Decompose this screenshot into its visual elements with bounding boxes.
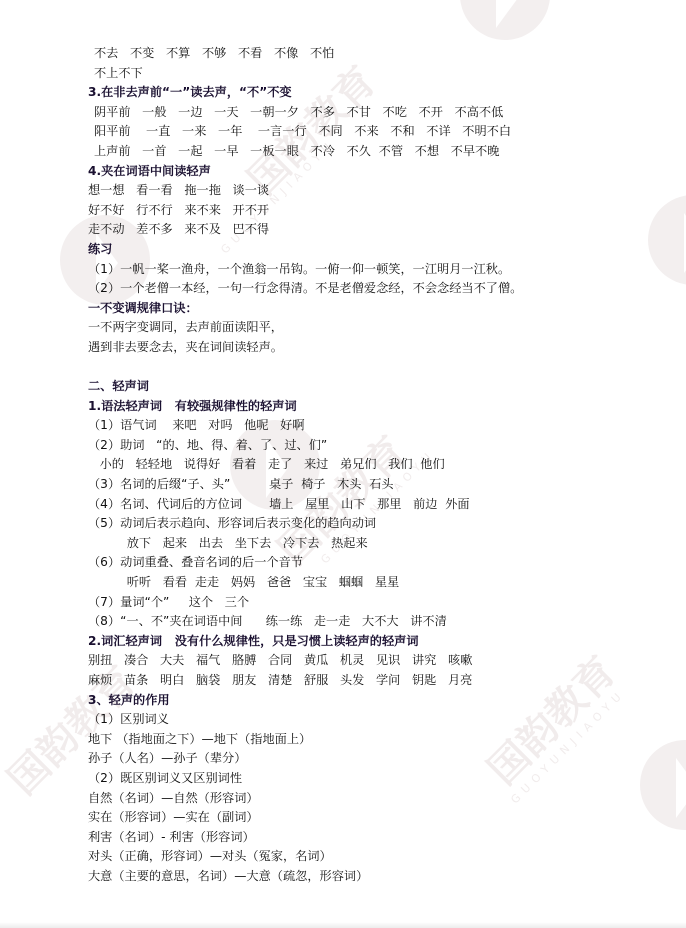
watermark-logo-right	[648, 195, 686, 285]
text-line: 地下 （指地面之下）—地下（指地面上）	[88, 730, 608, 750]
text-line: 小的 轻轻地 说得好 看着 走了 来过 弟兄们 我们 他们	[88, 455, 608, 475]
watermark-logo-top	[460, 0, 550, 40]
text-line: （5）动词后表示趋向、形容词后表示变化的趋向动词	[88, 514, 608, 534]
text-line: 放下 起来 出去 坐下去 冷下去 热起来	[88, 534, 608, 554]
text-line: （1）一帆一桨一渔舟，一个渔翁一吊钩。一俯一仰一顿笑，一江明月一江秋。	[88, 260, 608, 280]
text-line: 不上不下	[88, 64, 608, 84]
text-line: （7）量词“个” 这个 三个	[88, 593, 608, 613]
text-line: 别扭 凑合 大夫 福气 胳膊 合同 黄瓜 机灵 见识 讲究 咳嗽	[88, 651, 608, 671]
text-line: 自然（名词）—自然（形容词）	[88, 789, 608, 809]
heading-line: 练习	[88, 240, 608, 260]
text-line: 上声前 一首 一起 一早 一板一眼 不冷 不久 不管 不想 不早不晚	[88, 142, 608, 162]
text-line: 不去 不变 不算 不够 不看 不像 不怕	[88, 44, 608, 64]
text-line: 大意（主要的意思，名词）—大意（疏忽，形容词）	[88, 867, 608, 887]
text-line: 想一想 看一看 拖一拖 谈一谈	[88, 181, 608, 201]
text-line: 听听 看看 走走 妈妈 爸爸 宝宝 蝈蝈 星星	[88, 573, 608, 593]
text-line: （1）区别词义	[88, 710, 608, 730]
heading-line: 1.语法轻声词 有较强规律性的轻声词	[88, 397, 608, 417]
text-line: 阴平前 一般 一边 一天 一朝一夕 不多 不甘 不吃 不开 不高不低	[88, 103, 608, 123]
text-line: 一不两字变调同，去声前面读阳平，	[88, 318, 608, 338]
page-bottom-edge	[0, 922, 686, 928]
heading-line: 3、轻声的作用	[88, 691, 608, 711]
text-line: （3）名词的后缀“子、头” 桌子 椅子 木头 石头	[88, 475, 608, 495]
blank-line	[88, 358, 608, 378]
text-line: 利害（名词）- 利害（形容词）	[88, 828, 608, 848]
text-line: （4）名词、代词后的方位词 墙上 屋里 山下 那里 前边 外面	[88, 495, 608, 515]
heading-line: 一不变调规律口诀：	[88, 299, 608, 319]
text-line: （1）语气词 来吧 对吗 他呢 好啊	[88, 416, 608, 436]
document-page: 不去 不变 不算 不够 不看 不像 不怕不上不下3.在非去声前“一”读去声，“不…	[88, 44, 608, 887]
text-line: （2）既区别词义又区别词性	[88, 769, 608, 789]
text-line: 好不好 行不行 来不来 开不开	[88, 201, 608, 221]
text-line: 遇到非去要念去，夹在词间读轻声。	[88, 338, 608, 358]
text-line: （2）助词 “的、地、得、着、了、过、们”	[88, 436, 608, 456]
text-line: （6）动词重叠、叠音名词的后一个音节	[88, 553, 608, 573]
text-line: 走不动 差不多 来不及 巴不得	[88, 220, 608, 240]
heading-line: 4.夹在词语中间读轻声	[88, 162, 608, 182]
text-line: 实在（形容词）—实在（副词）	[88, 808, 608, 828]
text-line: 对头（正确，形容词）—对头（冤家，名词）	[88, 847, 608, 867]
text-line: （2）一个老僧一本经，一句一行念得清。不是老僧爱念经，不会念经当不了僧。	[88, 279, 608, 299]
text-line: 孙子（人名）—孙子（辈分）	[88, 749, 608, 769]
text-line: 阳平前 一直 一来 一年 一言一行 不同 不来 不和 不详 不明不白	[88, 122, 608, 142]
heading-line: 3.在非去声前“一”读去声，“不”不变	[88, 83, 608, 103]
heading-line: 2.词汇轻声词 没有什么规律性，只是习惯上读轻声的轻声词	[88, 632, 608, 652]
watermark-logo-bottom-right	[640, 740, 686, 830]
text-line: （8）“一、不”夹在词语中间 练一练 走一走 大不大 讲不清	[88, 612, 608, 632]
text-line: 麻烦 苗条 明白 脑袋 朋友 清楚 舒服 头发 学问 钥匙 月亮	[88, 671, 608, 691]
heading-line: 二、轻声词	[88, 377, 608, 397]
